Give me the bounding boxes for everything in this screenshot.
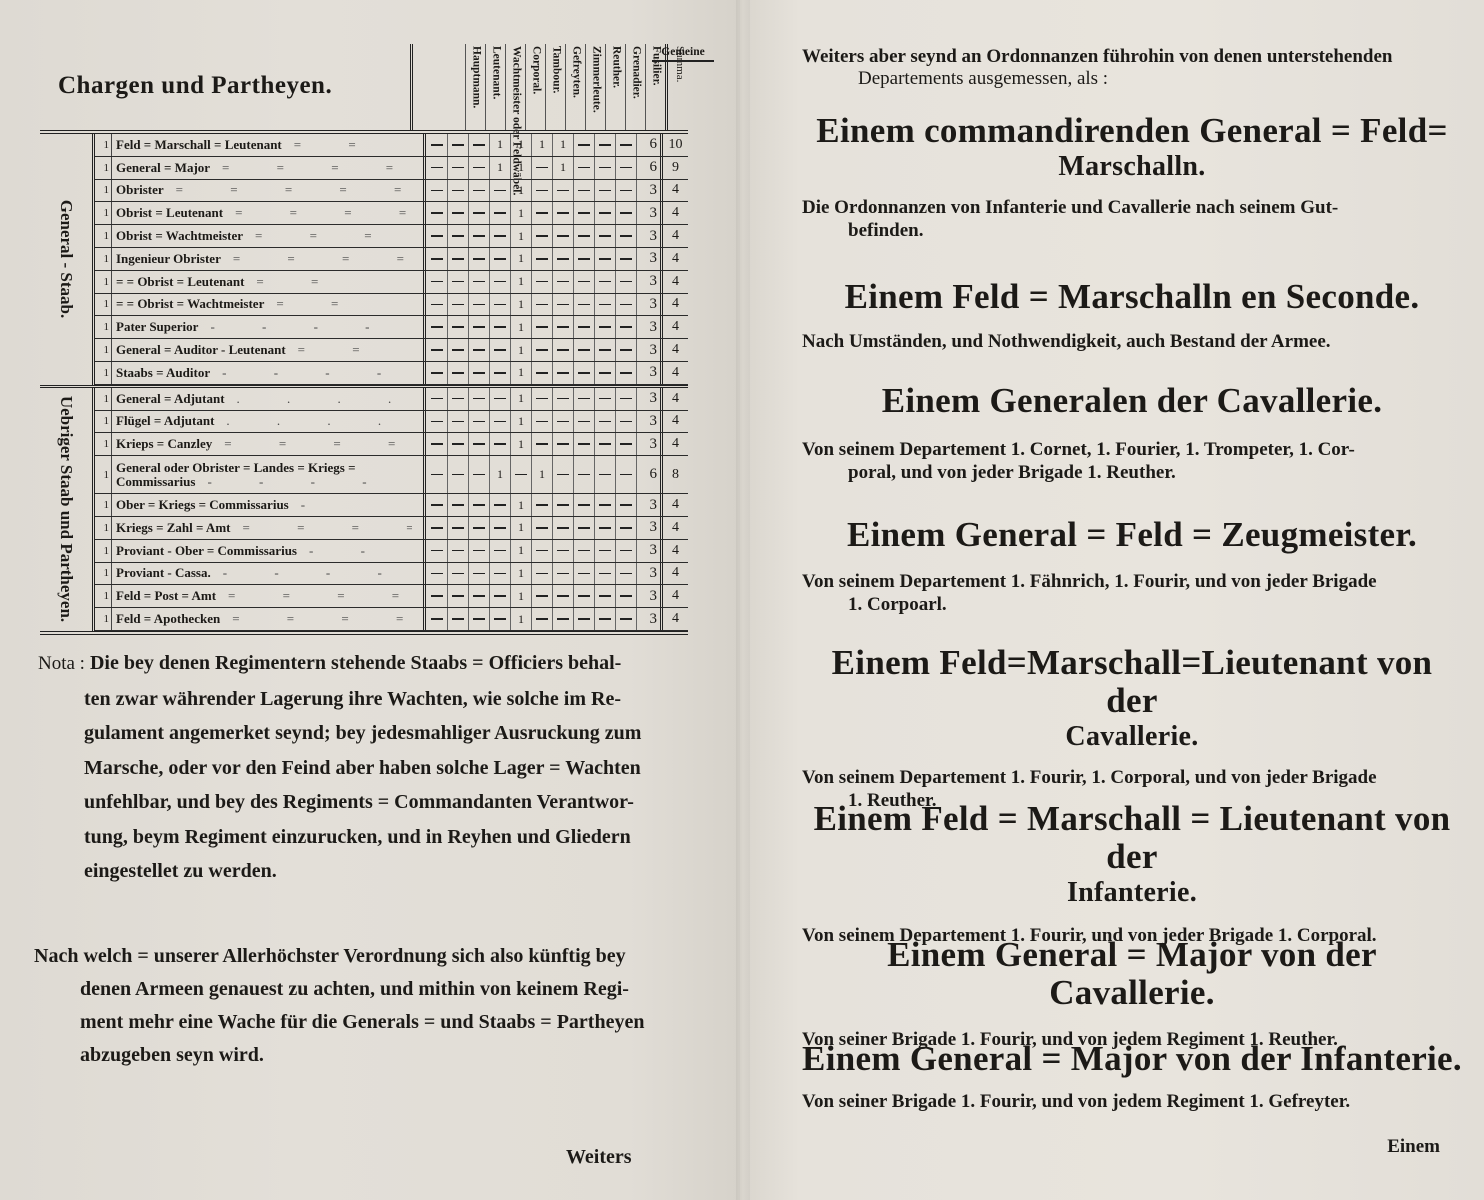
value-cell: 1 bbox=[510, 411, 531, 433]
value-cell bbox=[594, 225, 615, 247]
row-count: 3 bbox=[636, 339, 660, 361]
value-cell bbox=[573, 180, 594, 202]
value-cell bbox=[615, 248, 636, 270]
value-cell bbox=[552, 248, 573, 270]
value-cell bbox=[531, 248, 552, 270]
value-cell bbox=[426, 540, 447, 562]
value-cell bbox=[573, 271, 594, 293]
row-charge: General = Major= = = = bbox=[112, 161, 412, 175]
value-cell bbox=[468, 202, 489, 224]
value-cell bbox=[531, 202, 552, 224]
column-header: Tambour. bbox=[545, 44, 565, 130]
value-cell bbox=[426, 271, 447, 293]
row-values: 134 bbox=[423, 411, 688, 433]
row-charge: Krieps = Canzley= = = = = = bbox=[112, 437, 412, 451]
column-header: Wachtmeister oder Feldwäbel. bbox=[505, 44, 525, 130]
row-charge: Obrister= = = = = = = bbox=[112, 183, 412, 197]
value-cell bbox=[531, 339, 552, 361]
nota-paragraph: Nota : Die bey denen Regimentern stehend… bbox=[38, 646, 670, 889]
chargen-table: General - Staab.1Feld = Marschall = Leut… bbox=[40, 130, 688, 635]
value-cell bbox=[468, 388, 489, 410]
value-cell bbox=[552, 563, 573, 585]
value-cell bbox=[468, 362, 489, 384]
row-charge: General = Adjutant. . . . . bbox=[112, 392, 412, 406]
column-header: Hauptmann. bbox=[465, 44, 485, 130]
row-values: 134 bbox=[423, 225, 688, 247]
row-summa: 4 bbox=[660, 362, 688, 384]
value-cell bbox=[489, 248, 510, 270]
value-cell bbox=[615, 294, 636, 316]
value-cell bbox=[552, 362, 573, 384]
value-cell bbox=[489, 339, 510, 361]
value-cell bbox=[552, 202, 573, 224]
column-header: Reuther. bbox=[605, 44, 625, 130]
entry-heading: Einem Generalen der Cavallerie. bbox=[802, 382, 1462, 420]
value-cell bbox=[594, 388, 615, 410]
value-cell bbox=[615, 585, 636, 607]
value-cell bbox=[594, 608, 615, 630]
value-cell bbox=[468, 494, 489, 516]
row-summa: 8 bbox=[660, 456, 688, 493]
entry-heading: Einem commandirenden General = Feld=Mars… bbox=[802, 112, 1462, 184]
value-cell bbox=[573, 157, 594, 179]
value-cell bbox=[594, 563, 615, 585]
table-row: 1Flügel = Adjutant. . . . .134 bbox=[95, 411, 688, 434]
value-cell bbox=[426, 585, 447, 607]
value-cell bbox=[573, 540, 594, 562]
row-values: 134 bbox=[423, 180, 688, 202]
table-row: 1Obrist = Leutenant= = = = =134 bbox=[95, 202, 688, 225]
nota-label: Nota : bbox=[38, 653, 85, 674]
value-cell bbox=[426, 563, 447, 585]
row-count: 6 bbox=[636, 157, 660, 179]
row-values: 134 bbox=[423, 339, 688, 361]
value-cell bbox=[573, 202, 594, 224]
row-quantity: 1 bbox=[95, 456, 112, 493]
value-cell bbox=[573, 248, 594, 270]
section-label: Uebriger Staab und Partheyen. bbox=[40, 388, 95, 631]
row-values: 134 bbox=[423, 608, 688, 630]
table-row: 1Krieps = Canzley= = = = = =134 bbox=[95, 433, 688, 456]
value-cell bbox=[531, 225, 552, 247]
value-cell bbox=[426, 433, 447, 455]
row-quantity: 1 bbox=[95, 157, 112, 179]
value-cell bbox=[552, 494, 573, 516]
table-row: 1Obrister= = = = = = =134 bbox=[95, 180, 688, 203]
column-header: Leutenant. bbox=[485, 44, 505, 130]
value-cell bbox=[594, 271, 615, 293]
value-cell bbox=[468, 180, 489, 202]
row-quantity: 1 bbox=[95, 248, 112, 270]
value-cell bbox=[447, 494, 468, 516]
value-cell bbox=[447, 248, 468, 270]
value-cell: 1 bbox=[552, 157, 573, 179]
value-cell bbox=[489, 494, 510, 516]
row-quantity: 1 bbox=[95, 316, 112, 338]
table-row: 1Obrist = Wachtmeister= = =134 bbox=[95, 225, 688, 248]
table-row: 1General = Major= = = =11169 bbox=[95, 157, 688, 180]
value-cell bbox=[426, 411, 447, 433]
value-cell bbox=[468, 225, 489, 247]
section-label: General - Staab. bbox=[40, 134, 95, 385]
value-cell bbox=[594, 517, 615, 539]
value-cell bbox=[573, 225, 594, 247]
value-cell bbox=[531, 180, 552, 202]
value-cell bbox=[447, 388, 468, 410]
entry-description: Die Ordonnanzen von Infanterie und Caval… bbox=[802, 196, 1462, 242]
row-quantity: 1 bbox=[95, 180, 112, 202]
value-cell bbox=[552, 411, 573, 433]
row-values: 1168 bbox=[423, 456, 688, 493]
value-cell: 1 bbox=[510, 202, 531, 224]
column-header: Grenadier. bbox=[625, 44, 645, 130]
row-charge: General oder Obrister = Landes = Kriegs … bbox=[112, 461, 412, 489]
entry-feld-marschall-seconde: Einem Feld = Marschalln en Seconde. Nach… bbox=[802, 278, 1462, 353]
catchword-left: Weiters bbox=[566, 1146, 632, 1169]
value-cell bbox=[594, 433, 615, 455]
value-cell bbox=[552, 585, 573, 607]
value-cell bbox=[531, 157, 552, 179]
value-cell: 1 bbox=[531, 456, 552, 493]
value-cell bbox=[447, 563, 468, 585]
catchword-right: Einem bbox=[1387, 1136, 1440, 1158]
row-quantity: 1 bbox=[95, 540, 112, 562]
value-cell bbox=[468, 540, 489, 562]
table-row: 1Proviant - Ober = Commissarius- -134 bbox=[95, 540, 688, 563]
table-row: 1Feld = Post = Amt= = = =134 bbox=[95, 585, 688, 608]
row-charge: = = Obrist = Leutenant= = bbox=[112, 275, 412, 289]
column-header: Corporal. bbox=[525, 44, 545, 130]
value-cell bbox=[468, 608, 489, 630]
value-cell bbox=[552, 225, 573, 247]
value-cell bbox=[531, 316, 552, 338]
value-cell bbox=[594, 362, 615, 384]
row-quantity: 1 bbox=[95, 433, 112, 455]
row-summa: 4 bbox=[660, 494, 688, 516]
value-cell bbox=[468, 585, 489, 607]
value-cell bbox=[468, 339, 489, 361]
value-cell bbox=[615, 563, 636, 585]
value-cell bbox=[426, 157, 447, 179]
row-values: 134 bbox=[423, 433, 688, 455]
row-charge: General = Auditor - Leutenant= = bbox=[112, 343, 412, 357]
row-charge: Obrist = Leutenant= = = = = bbox=[112, 206, 412, 220]
row-quantity: 1 bbox=[95, 362, 112, 384]
row-quantity: 1 bbox=[95, 517, 112, 539]
row-quantity: 1 bbox=[95, 202, 112, 224]
value-cell bbox=[489, 411, 510, 433]
value-cell bbox=[573, 517, 594, 539]
value-cell bbox=[489, 362, 510, 384]
table-row: 1Proviant - Cassa.- - - - -134 bbox=[95, 563, 688, 586]
value-cell: 1 bbox=[510, 134, 531, 156]
row-count: 3 bbox=[636, 517, 660, 539]
entry-heading: Einem General = Major von der Infanterie… bbox=[802, 1040, 1462, 1078]
value-cell bbox=[447, 339, 468, 361]
value-cell: 1 bbox=[510, 517, 531, 539]
value-cell bbox=[573, 433, 594, 455]
value-cell bbox=[615, 411, 636, 433]
row-quantity: 1 bbox=[95, 339, 112, 361]
value-cell bbox=[531, 271, 552, 293]
value-cell bbox=[594, 294, 615, 316]
row-summa: 4 bbox=[660, 294, 688, 316]
value-cell bbox=[447, 362, 468, 384]
value-cell bbox=[531, 362, 552, 384]
value-cell bbox=[489, 316, 510, 338]
table-row: 1Ingenieur Obrister= = = =134 bbox=[95, 248, 688, 271]
row-charge: = = Obrist = Wachtmeister= = bbox=[112, 297, 412, 311]
row-count: 3 bbox=[636, 202, 660, 224]
value-cell bbox=[447, 225, 468, 247]
value-cell bbox=[447, 134, 468, 156]
row-count: 3 bbox=[636, 585, 660, 607]
value-cell bbox=[489, 202, 510, 224]
value-cell: 1 bbox=[489, 134, 510, 156]
row-count: 3 bbox=[636, 540, 660, 562]
value-cell bbox=[573, 388, 594, 410]
table-row: 1General oder Obrister = Landes = Kriegs… bbox=[95, 456, 688, 494]
row-count: 3 bbox=[636, 563, 660, 585]
table-row: 1= = Obrist = Leutenant= =134 bbox=[95, 271, 688, 294]
value-cell bbox=[447, 202, 468, 224]
table-row: 1Staabs = Auditor- - - - -134 bbox=[95, 362, 688, 385]
value-cell bbox=[426, 608, 447, 630]
value-cell bbox=[426, 388, 447, 410]
value-cell bbox=[531, 540, 552, 562]
value-cell bbox=[468, 563, 489, 585]
table-section: Uebriger Staab und Partheyen.1General = … bbox=[40, 385, 688, 631]
value-cell bbox=[615, 608, 636, 630]
value-cell bbox=[594, 339, 615, 361]
row-charge: Feld = Post = Amt= = = = bbox=[112, 589, 412, 603]
value-cell bbox=[594, 316, 615, 338]
value-cell bbox=[531, 388, 552, 410]
value-cell: 1 bbox=[510, 180, 531, 202]
value-cell bbox=[552, 540, 573, 562]
value-cell bbox=[426, 456, 447, 493]
row-summa: 4 bbox=[660, 563, 688, 585]
table-row: 1= = Obrist = Wachtmeister= =134 bbox=[95, 294, 688, 317]
table-row: 1Kriegs = Zahl = Amt= = = =134 bbox=[95, 517, 688, 540]
value-cell: 1 bbox=[510, 294, 531, 316]
row-values: 134 bbox=[423, 585, 688, 607]
value-cell bbox=[426, 180, 447, 202]
column-header: Gefreyten. bbox=[565, 44, 585, 130]
row-count: 6 bbox=[636, 456, 660, 493]
value-cell bbox=[489, 540, 510, 562]
table-row: 1Pater Superior- - - - -134 bbox=[95, 316, 688, 339]
value-cell bbox=[615, 271, 636, 293]
value-cell bbox=[531, 585, 552, 607]
row-summa: 9 bbox=[660, 157, 688, 179]
row-summa: 4 bbox=[660, 411, 688, 433]
value-cell bbox=[573, 585, 594, 607]
value-cell bbox=[489, 433, 510, 455]
row-values: 11169 bbox=[423, 157, 688, 179]
row-count: 3 bbox=[636, 362, 660, 384]
entry-heading: Einem Feld=Marschall=Lieutenant von derC… bbox=[802, 644, 1462, 754]
row-quantity: 1 bbox=[95, 294, 112, 316]
row-charge: Obrist = Wachtmeister= = = bbox=[112, 229, 412, 243]
value-cell bbox=[552, 294, 573, 316]
value-cell bbox=[615, 134, 636, 156]
value-cell bbox=[615, 339, 636, 361]
value-cell bbox=[468, 433, 489, 455]
value-cell bbox=[552, 316, 573, 338]
row-values: 134 bbox=[423, 316, 688, 338]
value-cell: 1 bbox=[510, 339, 531, 361]
row-summa: 4 bbox=[660, 339, 688, 361]
row-count: 6 bbox=[636, 134, 660, 156]
row-summa: 4 bbox=[660, 433, 688, 455]
value-cell bbox=[573, 294, 594, 316]
value-cell bbox=[447, 540, 468, 562]
entry-general-feld-zeugmeister: Einem General = Feld = Zeugmeister. Von … bbox=[802, 516, 1462, 616]
row-values: 134 bbox=[423, 271, 688, 293]
row-charge: Proviant - Cassa.- - - - - bbox=[112, 566, 412, 580]
row-quantity: 1 bbox=[95, 225, 112, 247]
value-cell: 1 bbox=[510, 362, 531, 384]
value-cell bbox=[426, 517, 447, 539]
row-count: 3 bbox=[636, 294, 660, 316]
row-summa: 10 bbox=[660, 134, 688, 156]
row-count: 3 bbox=[636, 180, 660, 202]
row-values: 134 bbox=[423, 517, 688, 539]
entry-description: Von seiner Brigade 1. Fourir, und von je… bbox=[802, 1090, 1462, 1113]
value-cell bbox=[552, 456, 573, 493]
row-values: 134 bbox=[423, 563, 688, 585]
value-cell bbox=[531, 517, 552, 539]
value-cell bbox=[489, 608, 510, 630]
table-row: 1Feld = Marschall = Leutenant= =1111610 bbox=[95, 134, 688, 157]
table-row: 1Ober = Kriegs = Commissarius-134 bbox=[95, 494, 688, 517]
value-cell bbox=[447, 608, 468, 630]
value-cell bbox=[552, 433, 573, 455]
value-cell bbox=[468, 316, 489, 338]
value-cell bbox=[573, 339, 594, 361]
row-quantity: 1 bbox=[95, 585, 112, 607]
column-header: Zimmerleute. bbox=[585, 44, 605, 130]
entry-heading: Einem Feld = Marschall = Lieutenant von … bbox=[802, 800, 1462, 910]
value-cell bbox=[489, 271, 510, 293]
value-cell bbox=[489, 180, 510, 202]
row-values: 134 bbox=[423, 494, 688, 516]
value-cell bbox=[573, 362, 594, 384]
value-cell bbox=[552, 517, 573, 539]
value-cell bbox=[489, 225, 510, 247]
value-cell bbox=[615, 157, 636, 179]
row-charge: Kriegs = Zahl = Amt= = = = bbox=[112, 521, 412, 535]
row-charge: Feld = Apothecken= = = = bbox=[112, 612, 412, 626]
value-cell bbox=[426, 339, 447, 361]
value-cell bbox=[426, 494, 447, 516]
value-cell bbox=[594, 411, 615, 433]
value-cell: 1 bbox=[510, 563, 531, 585]
value-cell bbox=[594, 540, 615, 562]
row-quantity: 1 bbox=[95, 134, 112, 156]
table-row: 1General = Adjutant. . . . .134 bbox=[95, 388, 688, 411]
value-cell bbox=[552, 608, 573, 630]
value-cell bbox=[531, 563, 552, 585]
value-cell bbox=[615, 494, 636, 516]
value-cell bbox=[615, 433, 636, 455]
value-cell bbox=[447, 271, 468, 293]
value-cell bbox=[531, 294, 552, 316]
value-cell bbox=[573, 411, 594, 433]
row-count: 3 bbox=[636, 411, 660, 433]
row-quantity: 1 bbox=[95, 411, 112, 433]
row-summa: 4 bbox=[660, 585, 688, 607]
value-cell bbox=[552, 339, 573, 361]
row-charge: Pater Superior- - - - - bbox=[112, 320, 412, 334]
value-cell bbox=[552, 271, 573, 293]
value-cell: 1 bbox=[510, 540, 531, 562]
value-cell bbox=[489, 563, 510, 585]
value-cell bbox=[447, 456, 468, 493]
value-cell bbox=[489, 517, 510, 539]
row-values: 134 bbox=[423, 540, 688, 562]
value-cell bbox=[594, 585, 615, 607]
value-cell: 1 bbox=[510, 608, 531, 630]
row-charge: Feld = Marschall = Leutenant= = bbox=[112, 138, 412, 152]
value-cell: 1 bbox=[510, 225, 531, 247]
value-cell bbox=[468, 411, 489, 433]
row-count: 3 bbox=[636, 388, 660, 410]
value-cell bbox=[594, 202, 615, 224]
row-summa: 4 bbox=[660, 202, 688, 224]
table-row: 1General = Auditor - Leutenant= =134 bbox=[95, 339, 688, 362]
value-cell bbox=[573, 456, 594, 493]
row-summa: 4 bbox=[660, 248, 688, 270]
value-cell bbox=[468, 134, 489, 156]
row-quantity: 1 bbox=[95, 388, 112, 410]
left-page: Chargen und Partheyen. Summa.Fusilier.Gr… bbox=[0, 0, 740, 1200]
value-cell: 1 bbox=[510, 271, 531, 293]
value-cell: 1 bbox=[489, 157, 510, 179]
value-cell bbox=[468, 456, 489, 493]
value-cell bbox=[426, 294, 447, 316]
intro-paragraph: Weiters aber seynd an Ordonnanzen führoh… bbox=[802, 46, 1462, 90]
value-cell bbox=[447, 316, 468, 338]
value-cell bbox=[531, 494, 552, 516]
value-cell bbox=[468, 294, 489, 316]
entry-description: Von seinem Departement 1. Cornet, 1. Fou… bbox=[802, 438, 1462, 484]
row-values: 134 bbox=[423, 202, 688, 224]
entry-commandirender-general: Einem commandirenden General = Feld=Mars… bbox=[802, 112, 1462, 242]
column-group-gemeine: Gemeine bbox=[652, 44, 714, 62]
row-count: 3 bbox=[636, 316, 660, 338]
value-cell bbox=[615, 225, 636, 247]
value-cell bbox=[615, 202, 636, 224]
value-cell bbox=[447, 294, 468, 316]
entry-general-major-cavallerie: Einem General = Major von der Cavallerie… bbox=[802, 936, 1462, 1051]
value-cell bbox=[489, 585, 510, 607]
value-cell bbox=[615, 316, 636, 338]
row-summa: 4 bbox=[660, 180, 688, 202]
row-values: 134 bbox=[423, 294, 688, 316]
table-bottom-rule bbox=[40, 631, 688, 635]
entry-fml-cavallerie: Einem Feld=Marschall=Lieutenant von derC… bbox=[802, 644, 1462, 812]
value-cell bbox=[447, 180, 468, 202]
value-cell bbox=[426, 316, 447, 338]
value-cell bbox=[615, 362, 636, 384]
value-cell bbox=[489, 294, 510, 316]
row-count: 3 bbox=[636, 608, 660, 630]
row-summa: 4 bbox=[660, 316, 688, 338]
value-cell bbox=[615, 456, 636, 493]
entry-heading: Einem General = Major von der Cavallerie… bbox=[802, 936, 1462, 1012]
